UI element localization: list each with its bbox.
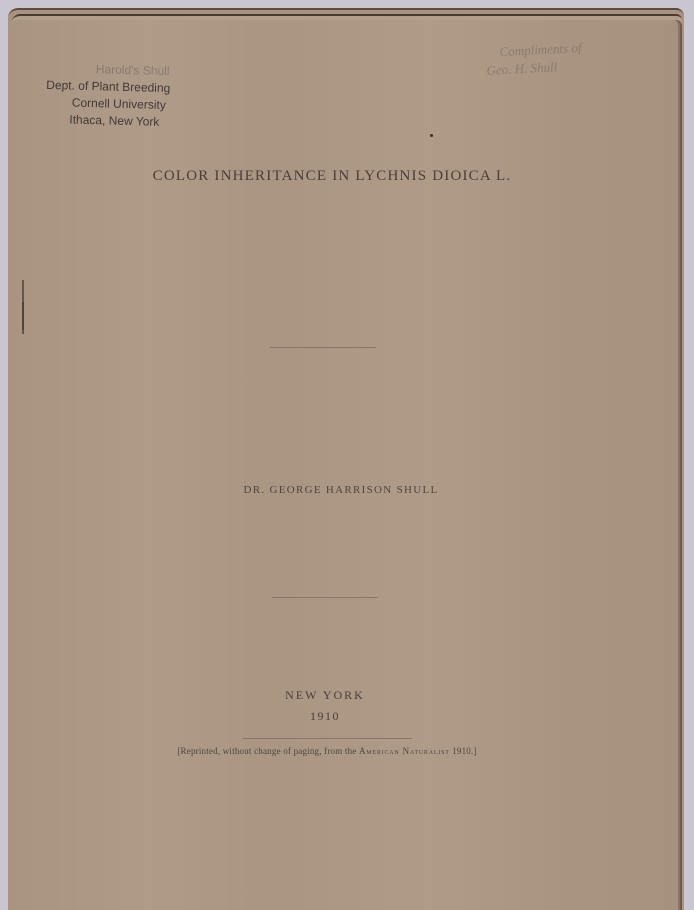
divider-rule-1: [270, 347, 376, 348]
reprint-suffix: 1910.]: [450, 746, 477, 756]
binding-mark: [22, 302, 24, 334]
library-stamp: Harold's Shull Dept. of Plant Breeding C…: [51, 60, 203, 132]
publication-year: 1910: [0, 709, 672, 724]
reprint-prefix: [Reprinted, without change of paging, fr…: [177, 746, 359, 756]
stamp-line-2: Dept. of Plant Breeding: [46, 77, 202, 98]
document-title: COLOR INHERITANCE IN LYCHNIS DIOICA L.: [0, 168, 679, 185]
publication-city: NEW YORK: [0, 688, 672, 703]
author-name: DR. GEORGE HARRISON SHULL: [0, 484, 688, 496]
reprint-note: [Reprinted, without change of paging, fr…: [0, 746, 674, 756]
reprint-journal: American Naturalist: [359, 746, 450, 756]
divider-rule-3: [242, 738, 412, 739]
stamp-line-4: Ithaca, New York: [69, 112, 201, 132]
ink-speck: [430, 134, 433, 137]
pamphlet-cover: [10, 20, 680, 910]
divider-rule-2: [272, 597, 378, 598]
